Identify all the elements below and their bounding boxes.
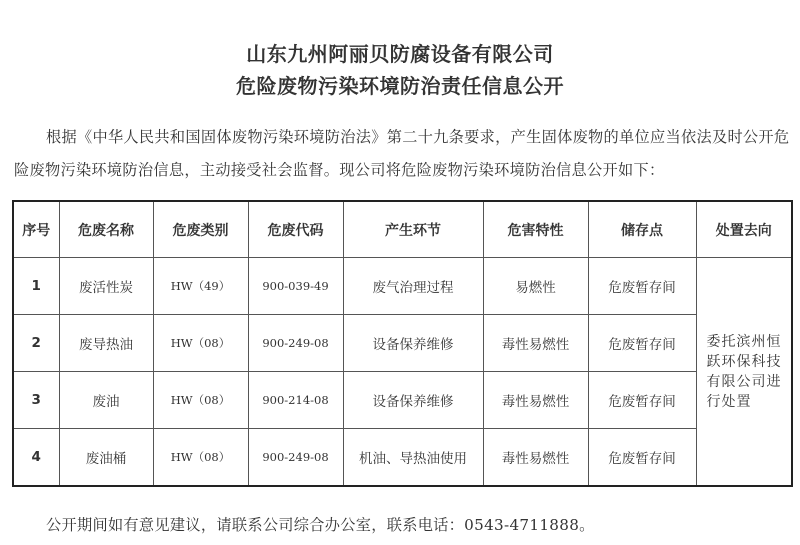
header-disposal: 处置去向 xyxy=(696,201,792,258)
cell-disposal: 委托滨州恒跃环保科技有限公司进行处置 xyxy=(696,258,792,487)
contact-footer: 公开期间如有意见建议，请联系公司综合办公室，联系电话：0543-4711888。 xyxy=(46,514,595,535)
cell-category: HW（08） xyxy=(153,372,248,429)
cell-code: 900-249-08 xyxy=(248,429,343,487)
header-storage: 储存点 xyxy=(588,201,696,258)
header-code: 危废代码 xyxy=(248,201,343,258)
header-source: 产生环节 xyxy=(343,201,483,258)
cell-source: 设备保养维修 xyxy=(343,372,483,429)
cell-storage: 危废暂存间 xyxy=(588,372,696,429)
company-title: 山东九州阿丽贝防腐设备有限公司 xyxy=(0,38,800,67)
table-header-row: 序号 危废名称 危废类别 危废代码 产生环节 危害特性 储存点 处置去向 xyxy=(13,201,792,258)
header-seq: 序号 xyxy=(13,201,59,258)
cell-seq: 1 xyxy=(13,258,59,315)
cell-code: 900-214-08 xyxy=(248,372,343,429)
document-title: 危险废物污染环境防治责任信息公开 xyxy=(0,70,800,99)
cell-category: HW（49） xyxy=(153,258,248,315)
header-hazard: 危害特性 xyxy=(483,201,588,258)
cell-category: HW（08） xyxy=(153,429,248,487)
table-row: 3 废油 HW（08） 900-214-08 设备保养维修 毒性易燃性 危废暂存… xyxy=(13,372,792,429)
cell-code: 900-249-08 xyxy=(248,315,343,372)
cell-seq: 4 xyxy=(13,429,59,487)
intro-paragraph-line2: 险废物污染环境防治信息，主动接受社会监督。现公司将危险废物污染环境防治信息公开如… xyxy=(14,159,794,180)
table-row: 4 废油桶 HW（08） 900-249-08 机油、导热油使用 毒性易燃性 危… xyxy=(13,429,792,487)
intro-paragraph-line1: 根据《中华人民共和国固体废物污染环境防治法》第二十九条要求，产生固体废物的单位应… xyxy=(46,126,800,147)
cell-source: 设备保养维修 xyxy=(343,315,483,372)
cell-source: 机油、导热油使用 xyxy=(343,429,483,487)
cell-hazard: 易燃性 xyxy=(483,258,588,315)
cell-code: 900-039-49 xyxy=(248,258,343,315)
cell-hazard: 毒性易燃性 xyxy=(483,372,588,429)
cell-seq: 3 xyxy=(13,372,59,429)
cell-category: HW（08） xyxy=(153,315,248,372)
table-row: 2 废导热油 HW（08） 900-249-08 设备保养维修 毒性易燃性 危废… xyxy=(13,315,792,372)
cell-storage: 危废暂存间 xyxy=(588,429,696,487)
cell-storage: 危废暂存间 xyxy=(588,258,696,315)
table-row: 1 废活性炭 HW（49） 900-039-49 废气治理过程 易燃性 危废暂存… xyxy=(13,258,792,315)
hazardous-waste-table: 序号 危废名称 危废类别 危废代码 产生环节 危害特性 储存点 处置去向 1 废… xyxy=(12,200,793,487)
cell-hazard: 毒性易燃性 xyxy=(483,315,588,372)
cell-name: 废导热油 xyxy=(59,315,153,372)
cell-name: 废油 xyxy=(59,372,153,429)
cell-name: 废活性炭 xyxy=(59,258,153,315)
header-category: 危废类别 xyxy=(153,201,248,258)
cell-storage: 危废暂存间 xyxy=(588,315,696,372)
cell-source: 废气治理过程 xyxy=(343,258,483,315)
header-name: 危废名称 xyxy=(59,201,153,258)
cell-seq: 2 xyxy=(13,315,59,372)
cell-hazard: 毒性易燃性 xyxy=(483,429,588,487)
cell-name: 废油桶 xyxy=(59,429,153,487)
